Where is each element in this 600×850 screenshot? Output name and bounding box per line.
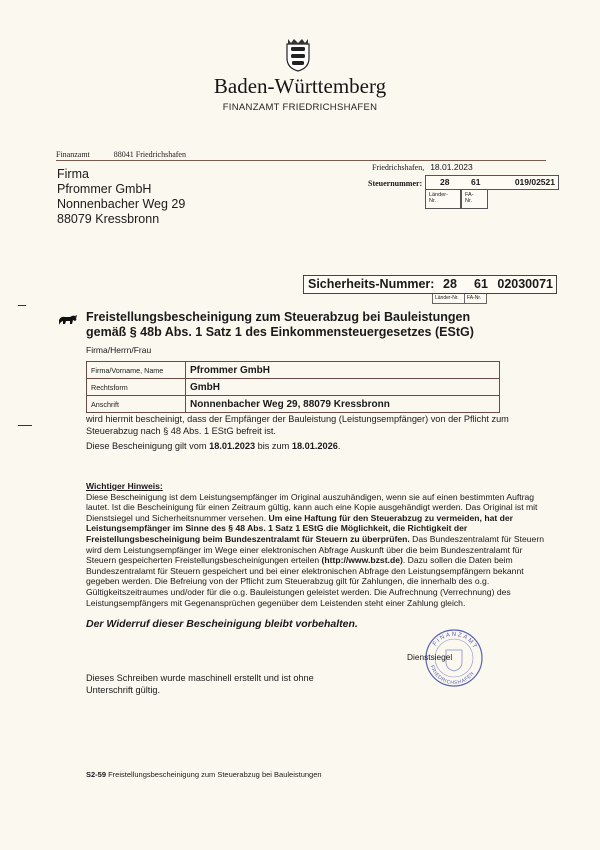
recipient-street: Nonnenbacher Weg 29	[57, 197, 185, 212]
revocation-note: Der Widerruf dieser Bescheinigung bleibt…	[86, 618, 358, 630]
security-number-label: Sicherheits-Nummer:	[308, 277, 434, 291]
valid-from: 18.01.2023	[209, 441, 255, 451]
sender-city: 88041 Friedrichshafen	[114, 150, 186, 159]
tax-fa-nr: 61	[471, 177, 480, 187]
recipient-city: 88079 Kressbronn	[57, 212, 185, 227]
certification-text: wird hiermit bescheinigt, dass der Empfä…	[86, 414, 516, 437]
form-footer: S2-59 Freistellungsbescheinigung zum Ste…	[86, 770, 322, 779]
row-value: Nonnenbacher Weg 29, 88079 Kressbronn	[186, 396, 500, 413]
security-number-box: Sicherheits-Nummer: 28 61 02030071	[303, 275, 557, 294]
validity-middle: bis zum	[255, 441, 292, 451]
svg-text:FRIEDRICHSHAFEN: FRIEDRICHSHAFEN	[429, 665, 476, 686]
punch-mark	[18, 425, 32, 426]
bzst-link[interactable]: (http://www.bzst.de)	[322, 555, 403, 565]
validity-suffix: .	[338, 441, 341, 451]
row-value: GmbH	[186, 379, 500, 396]
document-title: Freistellungsbescheinigung zum Steuerabz…	[86, 310, 474, 340]
tax-number: 019/02521	[515, 177, 555, 187]
coat-of-arms-icon	[284, 38, 312, 72]
form-code: S2-59	[86, 770, 106, 779]
tax-number-box: 28 61 019/02521	[425, 175, 559, 190]
notice-heading: Wichtiger Hinweis:	[86, 481, 544, 492]
state-name: Baden-Württemberg	[0, 74, 600, 99]
place-date: Friedrichshafen,18.01.2023	[372, 162, 473, 172]
form-title: Freistellungsbescheinigung zum Steuerabz…	[106, 770, 322, 779]
row-label: Anschrift	[87, 396, 186, 413]
lion-icon	[58, 314, 78, 326]
place: Friedrichshafen,	[372, 163, 424, 172]
tax-laender-sublabel: Länder- Nr.	[425, 190, 461, 209]
security-fa-sublabel: FA-Nr.	[464, 294, 487, 304]
tax-laender-nr: 28	[440, 177, 449, 187]
important-notice: Wichtiger Hinweis: Diese Bescheinigung i…	[86, 481, 544, 608]
security-laender-sublabel: Länder-Nr.	[432, 294, 466, 304]
date: 18.01.2023	[430, 162, 473, 172]
tax-fa-sublabel: FA- Nr.	[461, 190, 488, 209]
security-number: 02030071	[497, 277, 553, 291]
table-row: Firma/Vorname, Name Pfrommer GmbH	[87, 362, 500, 379]
fold-mark	[18, 305, 26, 306]
recipient-details-table: Firma/Vorname, Name Pfrommer GmbH Rechts…	[86, 361, 500, 413]
validity-text: Diese Bescheinigung gilt vom 18.01.2023 …	[86, 441, 340, 451]
security-laender-nr: 28	[443, 277, 457, 291]
auto-generated-note: Dieses Schreiben wurde maschinell erstel…	[86, 672, 336, 696]
row-label: Rechtsform	[87, 379, 186, 396]
seal-label: Dienstsiegel	[407, 652, 452, 662]
sender-line: Finanzamt 88041 Friedrichshafen	[56, 150, 546, 161]
title-line-2: gemäß § 48b Abs. 1 Satz 1 des Einkommens…	[86, 325, 474, 340]
office-name: FINANZAMT FRIEDRICHSHAFEN	[0, 102, 600, 113]
tax-number-label: Steuernummer:	[368, 179, 422, 188]
row-value: Pfrommer GmbH	[186, 362, 500, 379]
validity-prefix: Diese Bescheinigung gilt vom	[86, 441, 209, 451]
row-label: Firma/Vorname, Name	[87, 362, 186, 379]
recipient-address: Firma Pfrommer GmbH Nonnenbacher Weg 29 …	[57, 167, 185, 227]
table-row: Anschrift Nonnenbacher Weg 29, 88079 Kre…	[87, 396, 500, 413]
sender-label: Finanzamt	[56, 150, 90, 159]
valid-to: 18.01.2026	[292, 441, 338, 451]
security-fa-nr: 61	[474, 277, 488, 291]
addressee-label: Firma/Herrn/Frau	[86, 345, 151, 355]
recipient-line-1: Firma	[57, 167, 185, 182]
title-line-1: Freistellungsbescheinigung zum Steuerabz…	[86, 310, 474, 325]
recipient-company: Pfrommer GmbH	[57, 182, 185, 197]
table-row: Rechtsform GmbH	[87, 379, 500, 396]
